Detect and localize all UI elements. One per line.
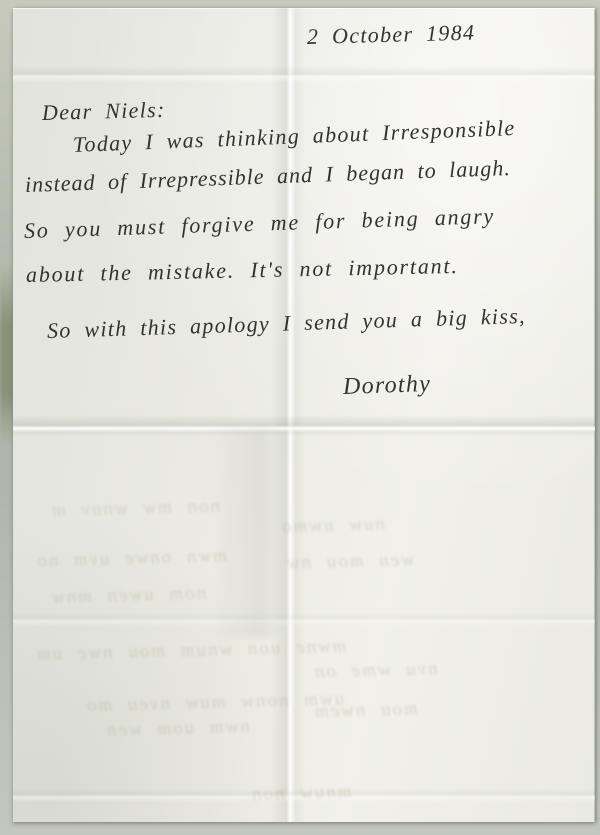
ghost-writing-line: nwm uom wen: [105, 716, 250, 742]
fold-crease-horizontal-top: [13, 66, 595, 82]
fold-crease-horizontal-lower: [13, 612, 595, 626]
ghost-writing-line: wen mou nw: [285, 549, 415, 574]
letter-date: 2 October 1984: [307, 20, 476, 50]
fold-shadow: [211, 428, 283, 638]
ghost-writing-line: mou nwem: [313, 699, 418, 724]
ghost-writing-line: mwn onwe uvm no: [35, 545, 227, 572]
letter-photo: 2 October 1984 Dear Niels: Today I was t…: [0, 0, 600, 835]
ghost-writing-line: mnuw non: [250, 782, 352, 807]
letter-body-line: So you must forgive me for being angry: [24, 203, 496, 244]
ghost-writing-line: mwne uon wnum mou nwe um: [35, 636, 347, 666]
ghost-writing-line: non mw wnuv m: [50, 496, 221, 522]
fold-crease-horizontal-middle: [13, 415, 595, 437]
letter-salutation: Dear Niels:: [42, 97, 166, 126]
backdrop-shadow-streak: [0, 265, 14, 445]
ghost-writing-line: nuw uwmo: [280, 514, 385, 539]
ghost-writing-line: nvu wme on: [313, 658, 438, 683]
letter-body-line: about the mistake. It's not important.: [26, 253, 459, 288]
letter-signature: Dorothy: [343, 371, 432, 401]
letter-body-line: instead of Irrepressible and I began to …: [25, 155, 512, 198]
letter-body-line: So with this apology I send you a big ki…: [47, 303, 527, 344]
ghost-writing-line: uwm nonw muw nveu mo: [85, 689, 345, 718]
letter-paper: 2 October 1984 Dear Niels: Today I was t…: [13, 8, 595, 822]
ghost-writing-line: nom uwen mnw: [50, 583, 207, 609]
